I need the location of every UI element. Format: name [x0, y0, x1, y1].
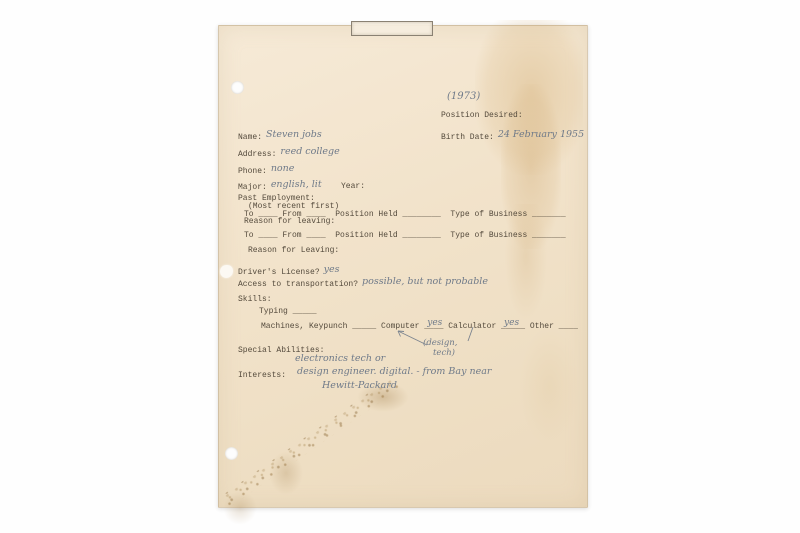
- skills-label: Skills:: [238, 296, 272, 304]
- diagonal-speckle-stain: [222, 377, 400, 508]
- photo-background: (1973) Position Desired: Birth Date:24 F…: [0, 0, 800, 533]
- special-abilities-value-handwritten: electronics tech or: [295, 354, 385, 363]
- employment-row-2: To ____ From ____ Position Held ________…: [244, 232, 566, 240]
- address-value-handwritten: reed college: [280, 146, 339, 157]
- birth-date-line: Birth Date:24 February 1955: [441, 133, 584, 142]
- stain-center-faint: [519, 326, 579, 446]
- design-note-line1: (design,: [423, 339, 458, 347]
- year-annotation: (1973): [447, 92, 480, 101]
- reason-for-leaving-2: Reason for Leaving:: [248, 247, 339, 255]
- address-label: Address:: [238, 150, 276, 159]
- interests-value-line1-handwritten: design engineer. digital. - from Bay nea…: [297, 367, 491, 376]
- phone-line: Phone:none: [238, 167, 294, 176]
- drivers-license-value-handwritten: yes: [324, 264, 340, 275]
- transportation-value-handwritten: possible, but not probable: [362, 276, 488, 287]
- transportation-line: Access to transportation?possible, but n…: [238, 280, 488, 289]
- punch-hole-bottom: [225, 447, 238, 460]
- typing-line: Typing _____: [259, 308, 317, 316]
- calculator-blank: _____yes: [501, 323, 525, 331]
- name-label: Name:: [238, 133, 262, 142]
- birth-date-value-handwritten: 24 February 1955: [498, 129, 584, 140]
- stain-right-middle: [501, 84, 561, 249]
- major-label: Major:: [238, 183, 267, 192]
- address-line: Address:reed college: [238, 150, 340, 159]
- phone-value-handwritten: none: [271, 163, 295, 174]
- name-value-handwritten: Steven jobs: [266, 129, 322, 140]
- white-correction-spot: [220, 265, 233, 278]
- reason-for-leaving-1: Reason for leaving:: [244, 218, 335, 226]
- stain-top-right: [475, 20, 583, 175]
- drivers-license-label: Driver's License?: [238, 268, 320, 277]
- machines-suffix: Other ____: [525, 322, 578, 331]
- phone-label: Phone:: [238, 167, 267, 176]
- position-desired-label: Position Desired:: [441, 112, 523, 120]
- interests-value-line2-handwritten: Hewitt-Packard: [322, 381, 397, 390]
- stain-right-tail: [505, 204, 547, 319]
- design-note-line2: tech): [433, 349, 455, 357]
- calculator-value-handwritten: yes: [504, 319, 519, 327]
- birth-date-label: Birth Date:: [441, 133, 494, 142]
- transportation-label: Access to transportation?: [238, 280, 358, 289]
- drivers-license-line: Driver's License?yes: [238, 268, 340, 277]
- tape-strip: [351, 21, 433, 36]
- name-line: Name:Steven jobs: [238, 133, 322, 142]
- interests-label: Interests:: [238, 372, 286, 380]
- punch-hole-top: [231, 81, 244, 94]
- major-line: Major:english, lit: [238, 183, 322, 192]
- job-application-document: (1973) Position Desired: Birth Date:24 F…: [218, 25, 588, 508]
- year-label: Year:: [341, 183, 365, 191]
- major-value-handwritten: english, lit: [271, 179, 322, 190]
